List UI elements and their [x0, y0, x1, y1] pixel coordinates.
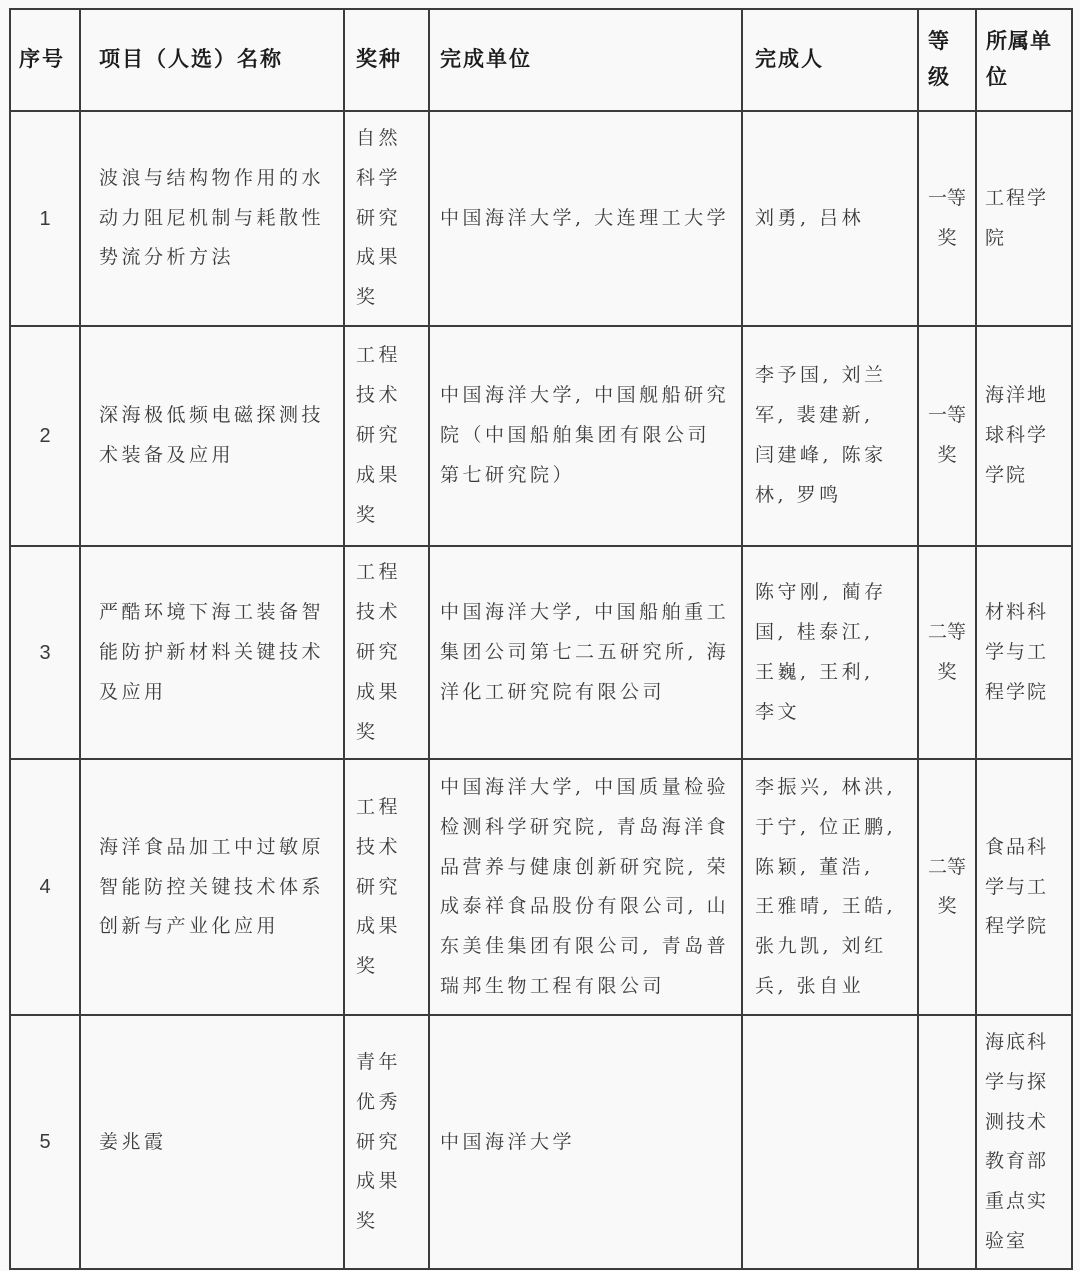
cell-units: 中国海洋大学, 中国质量检验检测科学研究院, 青岛海洋食品营养与健康创新研究院,…	[429, 759, 742, 1015]
column-header-award-type: 奖种	[344, 9, 429, 111]
column-header-name: 项目（人选）名称	[80, 9, 344, 111]
cell-grade: 一等奖	[918, 111, 976, 326]
cell-units: 中国海洋大学, 中国舰船研究院（中国船舶集团有限公司第七研究院）	[429, 326, 742, 546]
cell-no: 3	[10, 546, 80, 759]
cell-no: 4	[10, 759, 80, 1015]
cell-no: 2	[10, 326, 80, 546]
cell-affiliation: 海底科学与探测技术教育部重点实验室	[976, 1015, 1072, 1269]
column-header-grade: 等级	[918, 9, 976, 111]
cell-name: 姜兆霞	[80, 1015, 344, 1269]
awards-table-page: 序号项目（人选）名称奖种完成单位完成人等级所属单位 1波浪与结构物作用的水动力阻…	[0, 0, 1080, 1271]
awards-table: 序号项目（人选）名称奖种完成单位完成人等级所属单位 1波浪与结构物作用的水动力阻…	[9, 8, 1073, 1270]
column-header-people: 完成人	[742, 9, 918, 111]
table-row: 5姜兆霞青年优秀研究成果奖中国海洋大学海底科学与探测技术教育部重点实验室	[10, 1015, 1072, 1269]
column-header-units: 完成单位	[429, 9, 742, 111]
table-row: 3严酷环境下海工装备智能防护新材料关键技术及应用工程技术研究成果奖中国海洋大学,…	[10, 546, 1072, 759]
cell-affiliation: 食品科学与工程学院	[976, 759, 1072, 1015]
cell-grade: 二等奖	[918, 546, 976, 759]
cell-award-type: 工程技术研究成果奖	[344, 546, 429, 759]
cell-people: 李振兴, 林洪, 于宁, 位正鹏, 陈颖, 董浩, 王雅晴, 王皓, 张九凯, …	[742, 759, 918, 1015]
cell-units: 中国海洋大学, 大连理工大学	[429, 111, 742, 326]
cell-affiliation: 工程学院	[976, 111, 1072, 326]
cell-no: 1	[10, 111, 80, 326]
cell-name: 波浪与结构物作用的水动力阻尼机制与耗散性势流分析方法	[80, 111, 344, 326]
cell-units: 中国海洋大学	[429, 1015, 742, 1269]
cell-units: 中国海洋大学, 中国船舶重工集团公司第七二五研究所, 海洋化工研究院有限公司	[429, 546, 742, 759]
cell-people	[742, 1015, 918, 1269]
table-row: 2深海极低频电磁探测技术装备及应用工程技术研究成果奖中国海洋大学, 中国舰船研究…	[10, 326, 1072, 546]
cell-award-type: 工程技术研究成果奖	[344, 326, 429, 546]
cell-name: 严酷环境下海工装备智能防护新材料关键技术及应用	[80, 546, 344, 759]
cell-people: 刘勇, 吕林	[742, 111, 918, 326]
cell-grade: 二等奖	[918, 759, 976, 1015]
cell-affiliation: 材料科学与工程学院	[976, 546, 1072, 759]
cell-grade	[918, 1015, 976, 1269]
cell-name: 深海极低频电磁探测技术装备及应用	[80, 326, 344, 546]
table-body: 1波浪与结构物作用的水动力阻尼机制与耗散性势流分析方法自然科学研究成果奖中国海洋…	[10, 111, 1072, 1269]
cell-name: 海洋食品加工中过敏原智能防控关键技术体系创新与产业化应用	[80, 759, 344, 1015]
cell-award-type: 工程技术研究成果奖	[344, 759, 429, 1015]
cell-people: 李予国, 刘兰军, 裴建新, 闫建峰, 陈家林, 罗鸣	[742, 326, 918, 546]
cell-affiliation: 海洋地球科学学院	[976, 326, 1072, 546]
cell-grade: 一等奖	[918, 326, 976, 546]
column-header-affiliation: 所属单位	[976, 9, 1072, 111]
cell-award-type: 自然科学研究成果奖	[344, 111, 429, 326]
table-row: 4海洋食品加工中过敏原智能防控关键技术体系创新与产业化应用工程技术研究成果奖中国…	[10, 759, 1072, 1015]
cell-no: 5	[10, 1015, 80, 1269]
cell-people: 陈守刚, 蔺存国, 桂泰江, 王巍, 王利, 李文	[742, 546, 918, 759]
header-row: 序号项目（人选）名称奖种完成单位完成人等级所属单位	[10, 9, 1072, 111]
cell-award-type: 青年优秀研究成果奖	[344, 1015, 429, 1269]
table-row: 1波浪与结构物作用的水动力阻尼机制与耗散性势流分析方法自然科学研究成果奖中国海洋…	[10, 111, 1072, 326]
column-header-no: 序号	[10, 9, 80, 111]
